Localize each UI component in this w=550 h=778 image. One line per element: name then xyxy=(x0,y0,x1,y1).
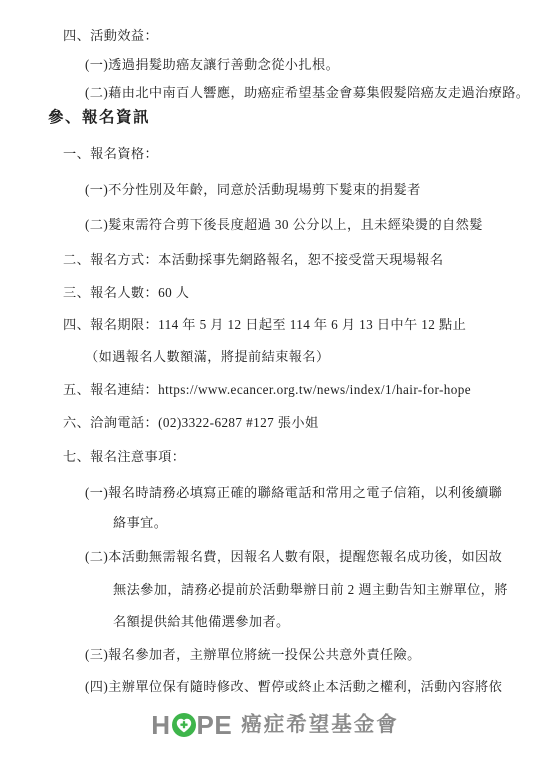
doc-line-phone: 六、洽詢電話：(02)3322-6287 #127 張小姐 xyxy=(63,414,319,432)
doc-line: 七、報名注意事項： xyxy=(63,448,185,466)
hope-foundation-logo: H PE 癌症希望基金會 xyxy=(151,712,398,738)
footer: H PE 癌症希望基金會 xyxy=(0,712,550,738)
doc-line: 二、報名方式：本活動採事先網路報名，恕不接受當天現場報名 xyxy=(63,251,443,269)
doc-line: (一)透過捐髮助癌友讓行善動念從小扎根。 xyxy=(85,56,339,74)
logo-letter-h: H xyxy=(151,712,170,738)
doc-line: 四、活動效益： xyxy=(63,27,158,45)
doc-line: (一)報名時請務必填寫正確的聯絡電話和常用之電子信箱，以利後續聯 xyxy=(85,484,502,502)
doc-line: 三、報名人數：60 人 xyxy=(63,284,189,302)
logo-org-name: 癌症希望基金會 xyxy=(241,715,399,736)
doc-line: (三)報名參加者，主辦單位將統一投保公共意外責任險。 xyxy=(85,646,421,664)
doc-line: 絡事宜。 xyxy=(113,514,167,532)
doc-line: (一)不分性別及年齡，同意於活動現場剪下髮束的捐髮者 xyxy=(85,181,421,199)
doc-line-registration-url: 五、報名連結：https://www.ecancer.org.tw/news/i… xyxy=(63,381,471,399)
doc-line: (二)本活動無需報名費，因報名人數有限，提醒您報名成功後，如因故 xyxy=(85,548,502,566)
doc-line: 四、報名期限：114 年 5 月 12 日起至 114 年 6 月 13 日中午… xyxy=(63,316,466,334)
logo-word-hope: H PE xyxy=(151,712,232,738)
doc-line: (四)主辦單位保有隨時修改、暫停或終止本活動之權利，活動內容將依 xyxy=(85,678,502,696)
doc-line: （如遇報名人數額滿，將提前結束報名） xyxy=(85,348,330,366)
doc-line: 名額提供給其他備選參加者。 xyxy=(113,613,290,631)
section-heading: 參、報名資訊 xyxy=(48,109,150,127)
logo-letters-pe: PE xyxy=(197,712,233,738)
doc-line: (二)髮束需符合剪下後長度超過 30 公分以上，且未經染燙的自然髮 xyxy=(85,216,483,234)
document-page: 四、活動效益： (一)透過捐髮助癌友讓行善動念從小扎根。 (二)藉由北中南百人響… xyxy=(0,0,550,778)
doc-line: 無法參加，請務必提前於活動舉辦日前 2 週主動告知主辦單位，將 xyxy=(113,581,508,599)
doc-line: 一、報名資格： xyxy=(63,145,158,163)
heart-cross-icon xyxy=(172,713,196,737)
doc-line: (二)藉由北中南百人響應，助癌症希望基金會募集假髮陪癌友走過治療路。 xyxy=(85,84,529,102)
